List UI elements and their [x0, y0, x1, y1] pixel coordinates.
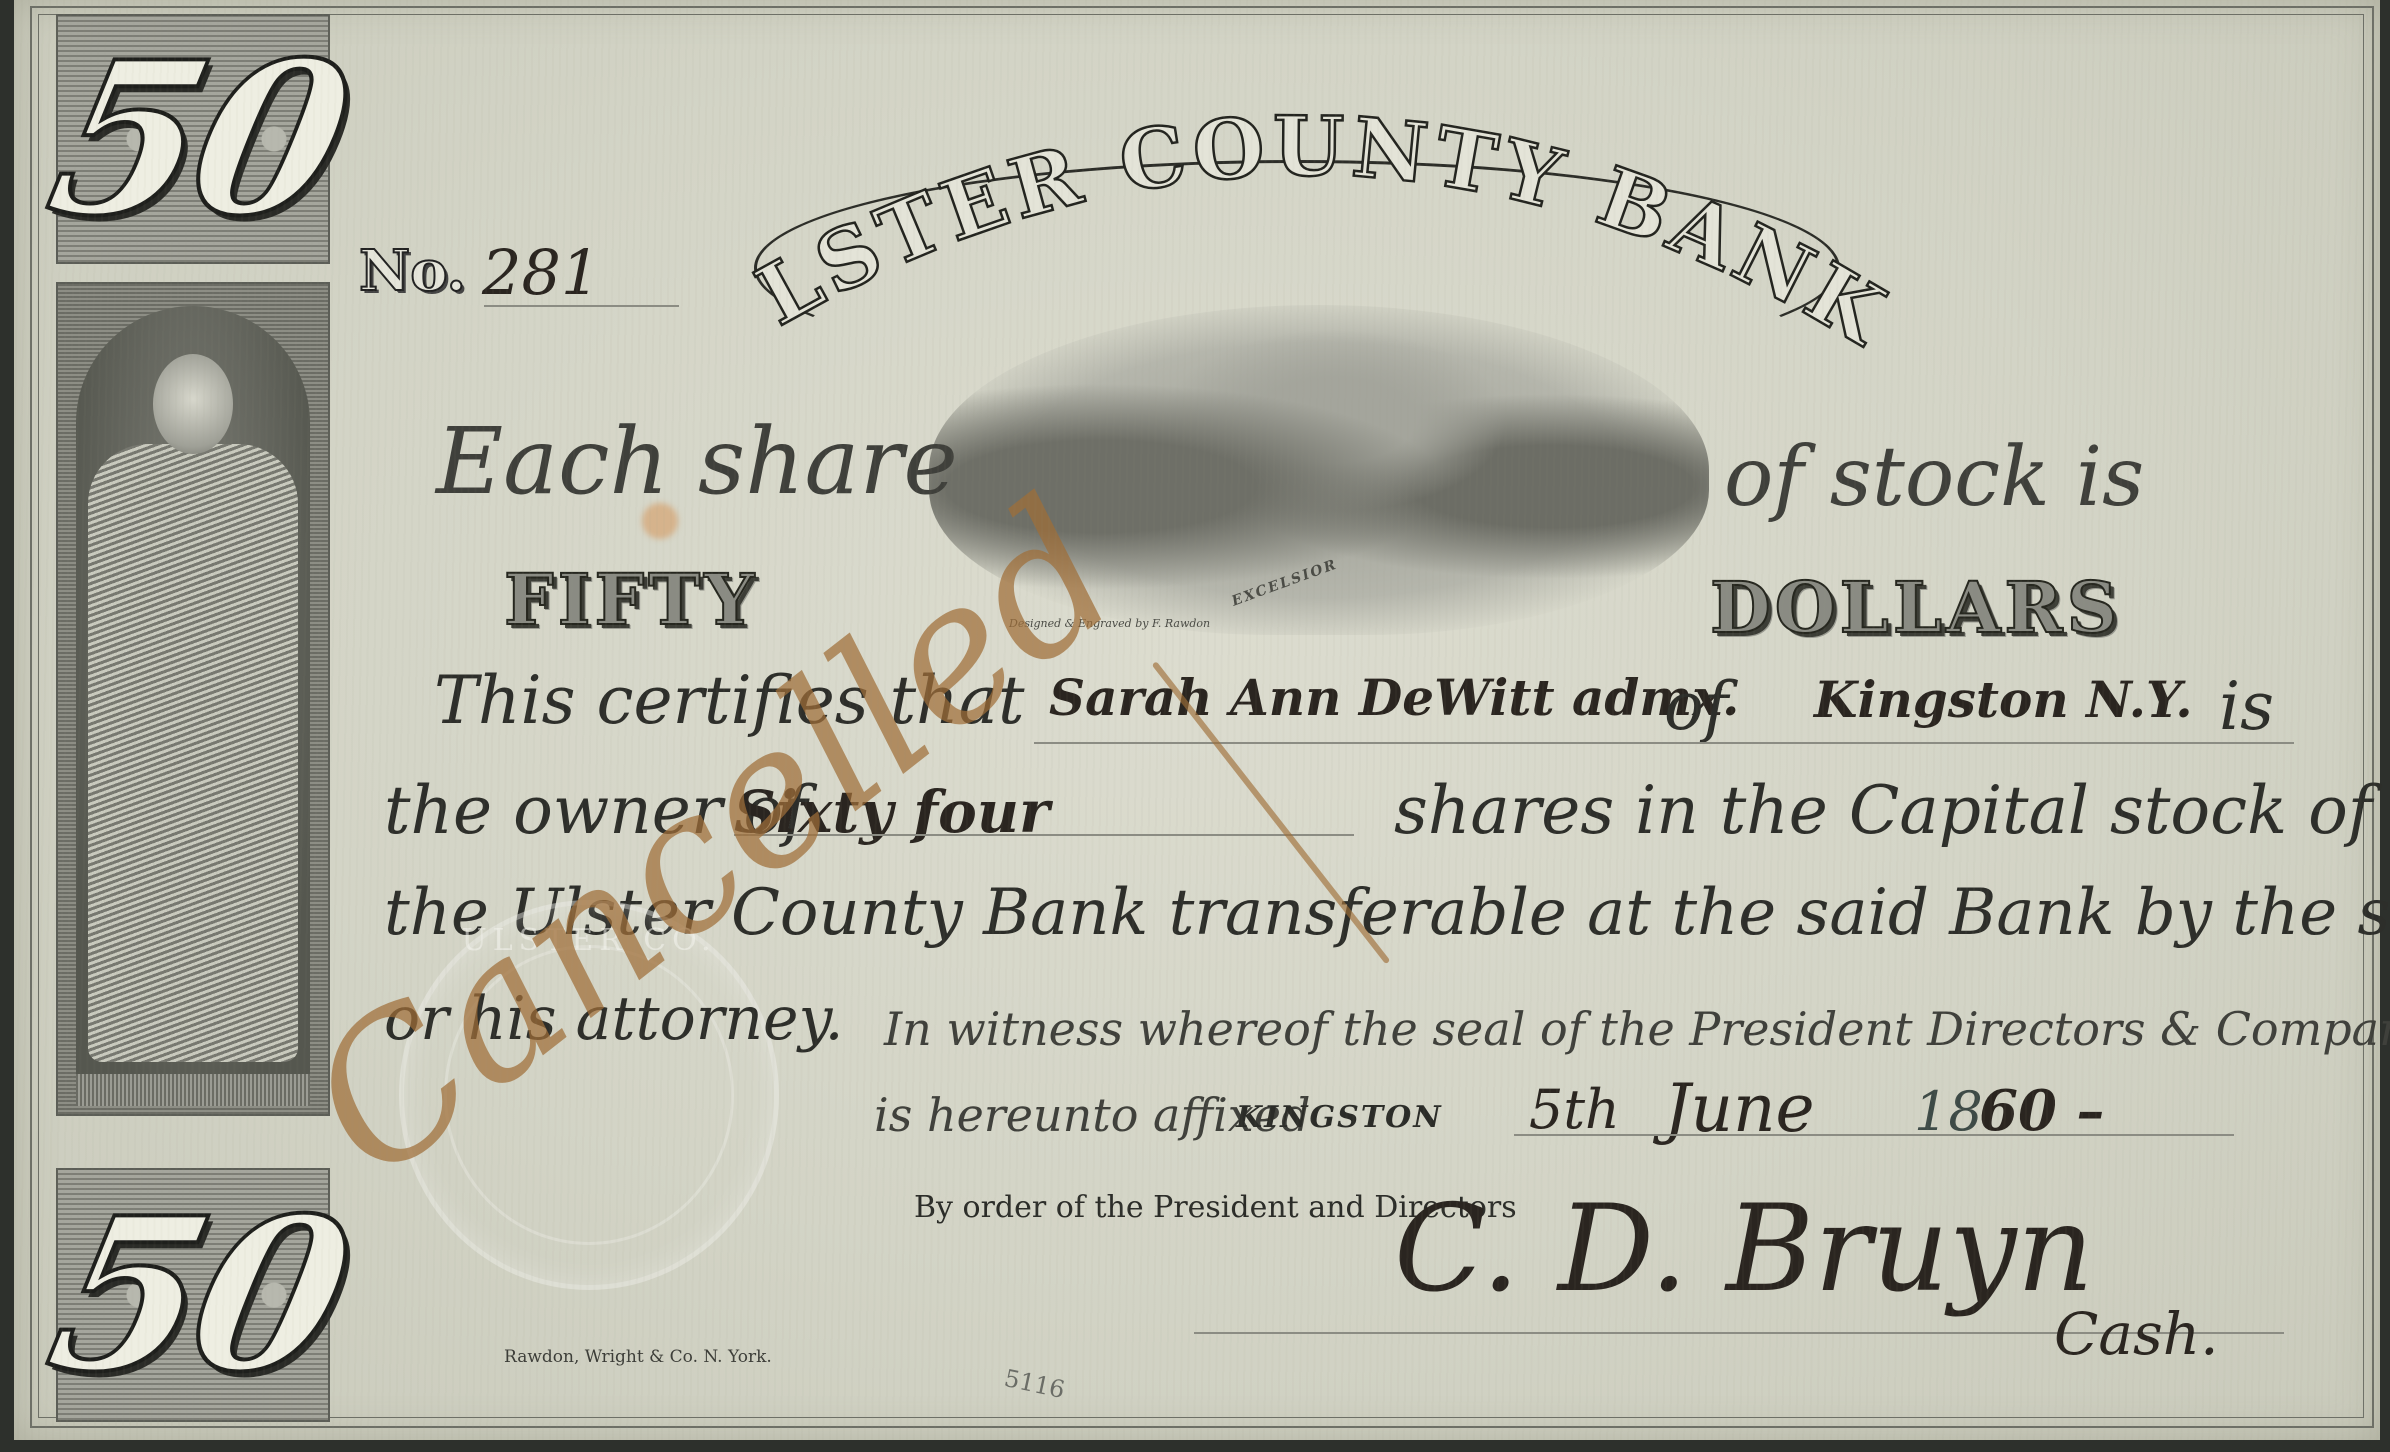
amount-word-dollars: DOLLARS — [1710, 566, 2121, 649]
date-rule — [1514, 1134, 2234, 1136]
amount-word-fifty: FIFTY — [504, 558, 758, 641]
serial-label: No. — [359, 238, 466, 304]
portrait-head-icon — [153, 354, 233, 454]
holder-place: Kingston N.Y. — [1814, 670, 2193, 729]
denomination-numeral-bottom: 50 — [32, 1172, 355, 1419]
plinth — [76, 1074, 310, 1106]
line1-is: is — [2219, 668, 2274, 745]
denomination-panel-bottom: 50 — [56, 1168, 330, 1422]
serial-rule — [484, 305, 679, 307]
line1-of: of — [1664, 668, 1728, 745]
denomination-numeral-top: 50 — [32, 16, 355, 263]
stain-spot — [642, 503, 678, 539]
denomination-panel-top: 50 — [56, 14, 330, 264]
line2-suffix: shares in the Capital stock of — [1394, 772, 2372, 849]
line1-rule — [1034, 742, 2294, 744]
vignette-motto: EXCELSIOR — [1230, 556, 1340, 609]
cashier-title: Cash. — [2054, 1300, 2219, 1368]
printer-imprint: Rawdon, Wright & Co. N. York. — [504, 1347, 772, 1367]
stock-certificate: 50 50 No. 281 ULSTER COUNTY BANK. EXCELS… — [14, 0, 2380, 1440]
draped-figure-icon — [88, 444, 298, 1062]
header-of-stock: of stock is — [1724, 430, 2144, 525]
portrait-vignette — [56, 282, 330, 1116]
place-printed: KINGSTON — [1236, 1100, 1443, 1135]
serial-number: 281 — [482, 236, 600, 309]
cashier-signature: C. D. Bruyn — [1394, 1180, 2094, 1319]
holder-name: Sarah Ann DeWitt admx. — [1049, 668, 1739, 727]
line4-suffix: In witness whereof the seal of the Presi… — [884, 1002, 2390, 1056]
header-each-share: Each share — [436, 408, 958, 515]
date-day: 5th — [1529, 1078, 1620, 1141]
